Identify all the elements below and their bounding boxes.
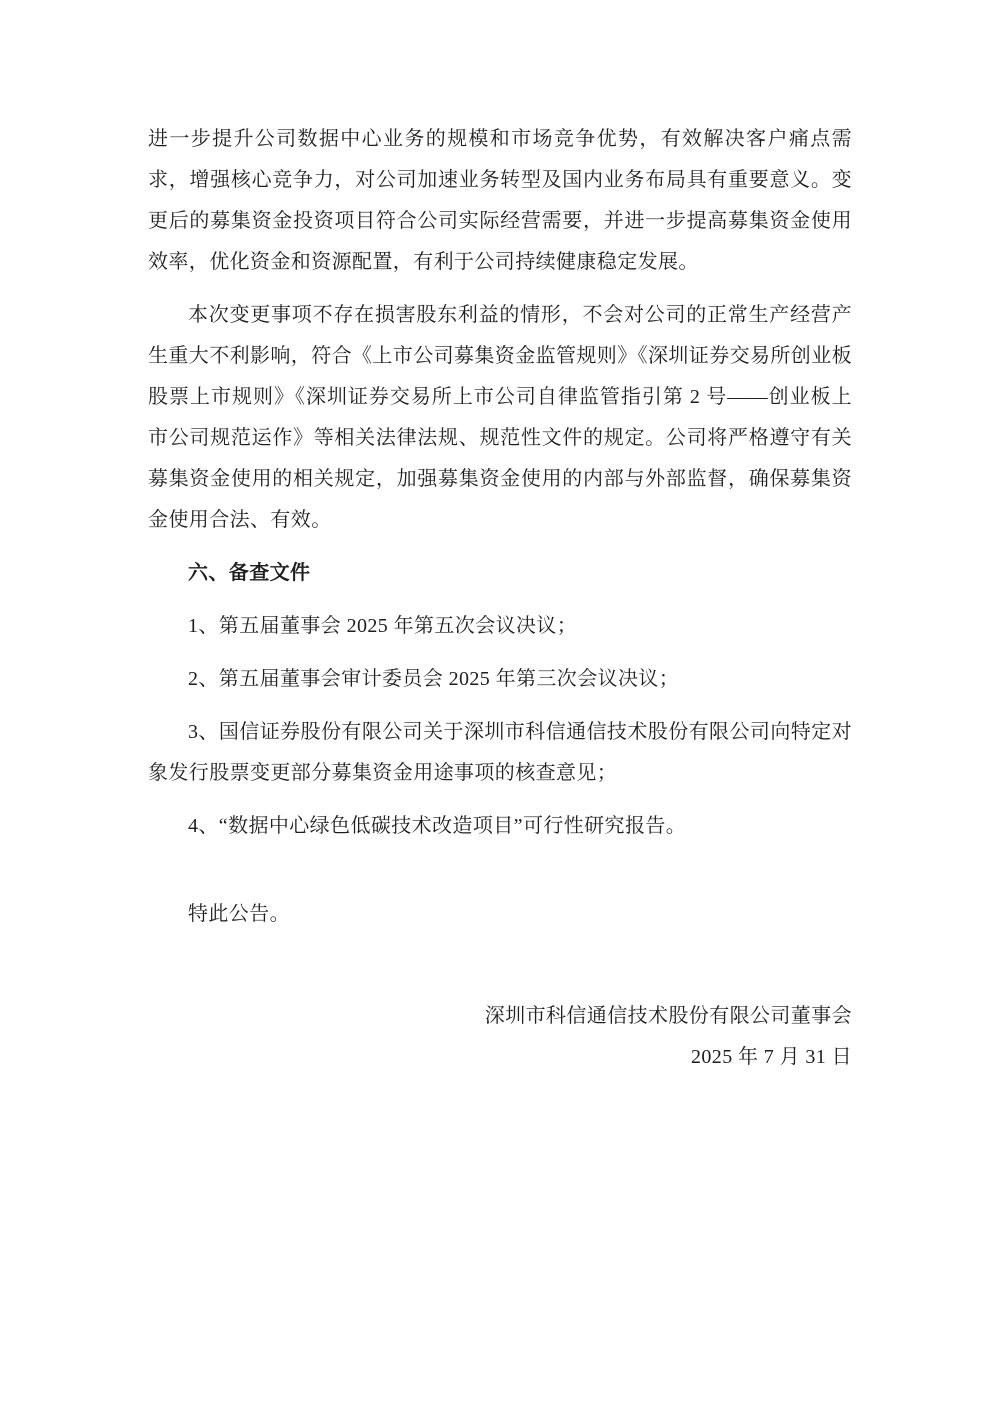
list-item-sponsor-opinion: 3、国信证券股份有限公司关于深圳市科信通信技术股份有限公司向特定对象发行股票变更… [148, 712, 852, 794]
document-content: 进一步提升公司数据中心业务的规模和市场竞争优势，有效解决客户痛点需求，增强核心竞… [0, 0, 1000, 1078]
section-heading-reference-documents: 六、备查文件 [148, 553, 852, 594]
list-item-feasibility-report: 4、“数据中心绿色低碳技术改造项目”可行性研究报告。 [148, 806, 852, 847]
list-item-board-resolution: 1、第五届董事会 2025 年第五次会议决议； [148, 606, 852, 647]
paragraph-compliance: 本次变更事项不存在损害股东利益的情形，不会对公司的正常生产经营产生重大不利影响，… [148, 295, 852, 541]
closing-statement: 特此公告。 [148, 894, 852, 935]
signature-date: 2025 年 7 月 31 日 [148, 1037, 852, 1078]
paragraph-continuation: 进一步提升公司数据中心业务的规模和市场竞争优势，有效解决客户痛点需求，增强核心竞… [148, 119, 852, 283]
document-page: 进一步提升公司数据中心业务的规模和市场竞争优势，有效解决客户痛点需求，增强核心竞… [0, 0, 1000, 1414]
list-item-audit-committee-resolution: 2、第五届董事会审计委员会 2025 年第三次会议决议； [148, 659, 852, 700]
signature-company-board: 深圳市科信通信技术股份有限公司董事会 [148, 996, 852, 1037]
